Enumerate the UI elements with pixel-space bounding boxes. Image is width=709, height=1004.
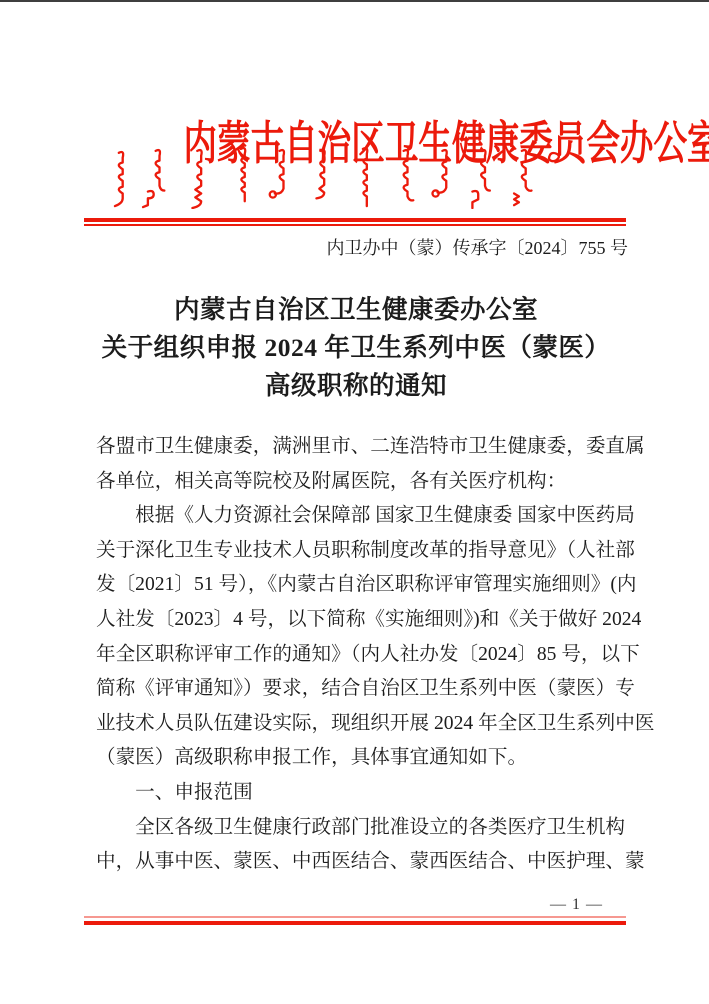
body-line: 发〔2021〕51 号），《内蒙古自治区职称评审管理实施细则》(内 [96, 568, 630, 603]
notice-title-line: 内蒙古自治区卫生健康委办公室 [84, 291, 628, 329]
body-line: 业技术人员队伍建设实际，现组织开展 2024 年全区卫生系列中医 [96, 707, 630, 742]
body-text: 各盟市卫生健康委，满洲里市、二连浩特市卫生健康委，委直属各单位，相关高等院校及附… [96, 430, 630, 880]
screenshot-top-border [0, 0, 709, 2]
body-line: 全区各级卫生健康行政部门批准设立的各类医疗卫生机构 [96, 811, 630, 846]
notice-title-line: 高级职称的通知 [84, 367, 628, 405]
body-line: 简称《评审通知》）要求，结合自治区卫生系列中医（蒙医）专 [96, 672, 630, 707]
body-line: 根据《人力资源社会保障部 国家卫生健康委 国家中医药局 [96, 499, 630, 534]
body-line: 各盟市卫生健康委，满洲里市、二连浩特市卫生健康委，委直属 [96, 430, 630, 465]
body-line: 中，从事中医、蒙医、中西医结合、蒙西医结合、中医护理、蒙 [96, 845, 630, 880]
body-line: 一、申报范围 [96, 776, 630, 811]
body-line: （蒙医）高级职称申报工作，具体事宜通知如下。 [96, 741, 630, 776]
body-line: 关于深化卫生专业技术人员职称制度改革的指导意见》（人社部 [96, 534, 630, 569]
body-line: 各单位，相关高等院校及附属医院，各有关医疗机构： [96, 465, 630, 500]
body-line: 年全区职称评审工作的通知》（内人社办发〔2024〕85 号，以下 [96, 638, 630, 673]
letterhead-divider-thin [84, 224, 626, 226]
notice-title-line: 关于组织申报 2024 年卫生系列中医（蒙医） [84, 329, 628, 367]
letterhead-divider-thick [84, 218, 626, 222]
mongolian-script-icon [95, 147, 565, 209]
footer-divider-thin [84, 916, 626, 918]
document-page: { "document": { "colors": { "header_red"… [0, 0, 709, 1004]
page-number: — 1 — [550, 895, 603, 915]
footer-divider-thick [84, 921, 626, 925]
doc-number: 内卫办中（蒙）传承字〔2024〕755 号 [95, 235, 628, 261]
body-line: 人社发〔2023〕4 号，以下简称《实施细则》)和《关于做好 2024 [96, 603, 630, 638]
notice-title: 内蒙古自治区卫生健康委办公室关于组织申报 2024 年卫生系列中医（蒙医）高级职… [84, 291, 628, 405]
